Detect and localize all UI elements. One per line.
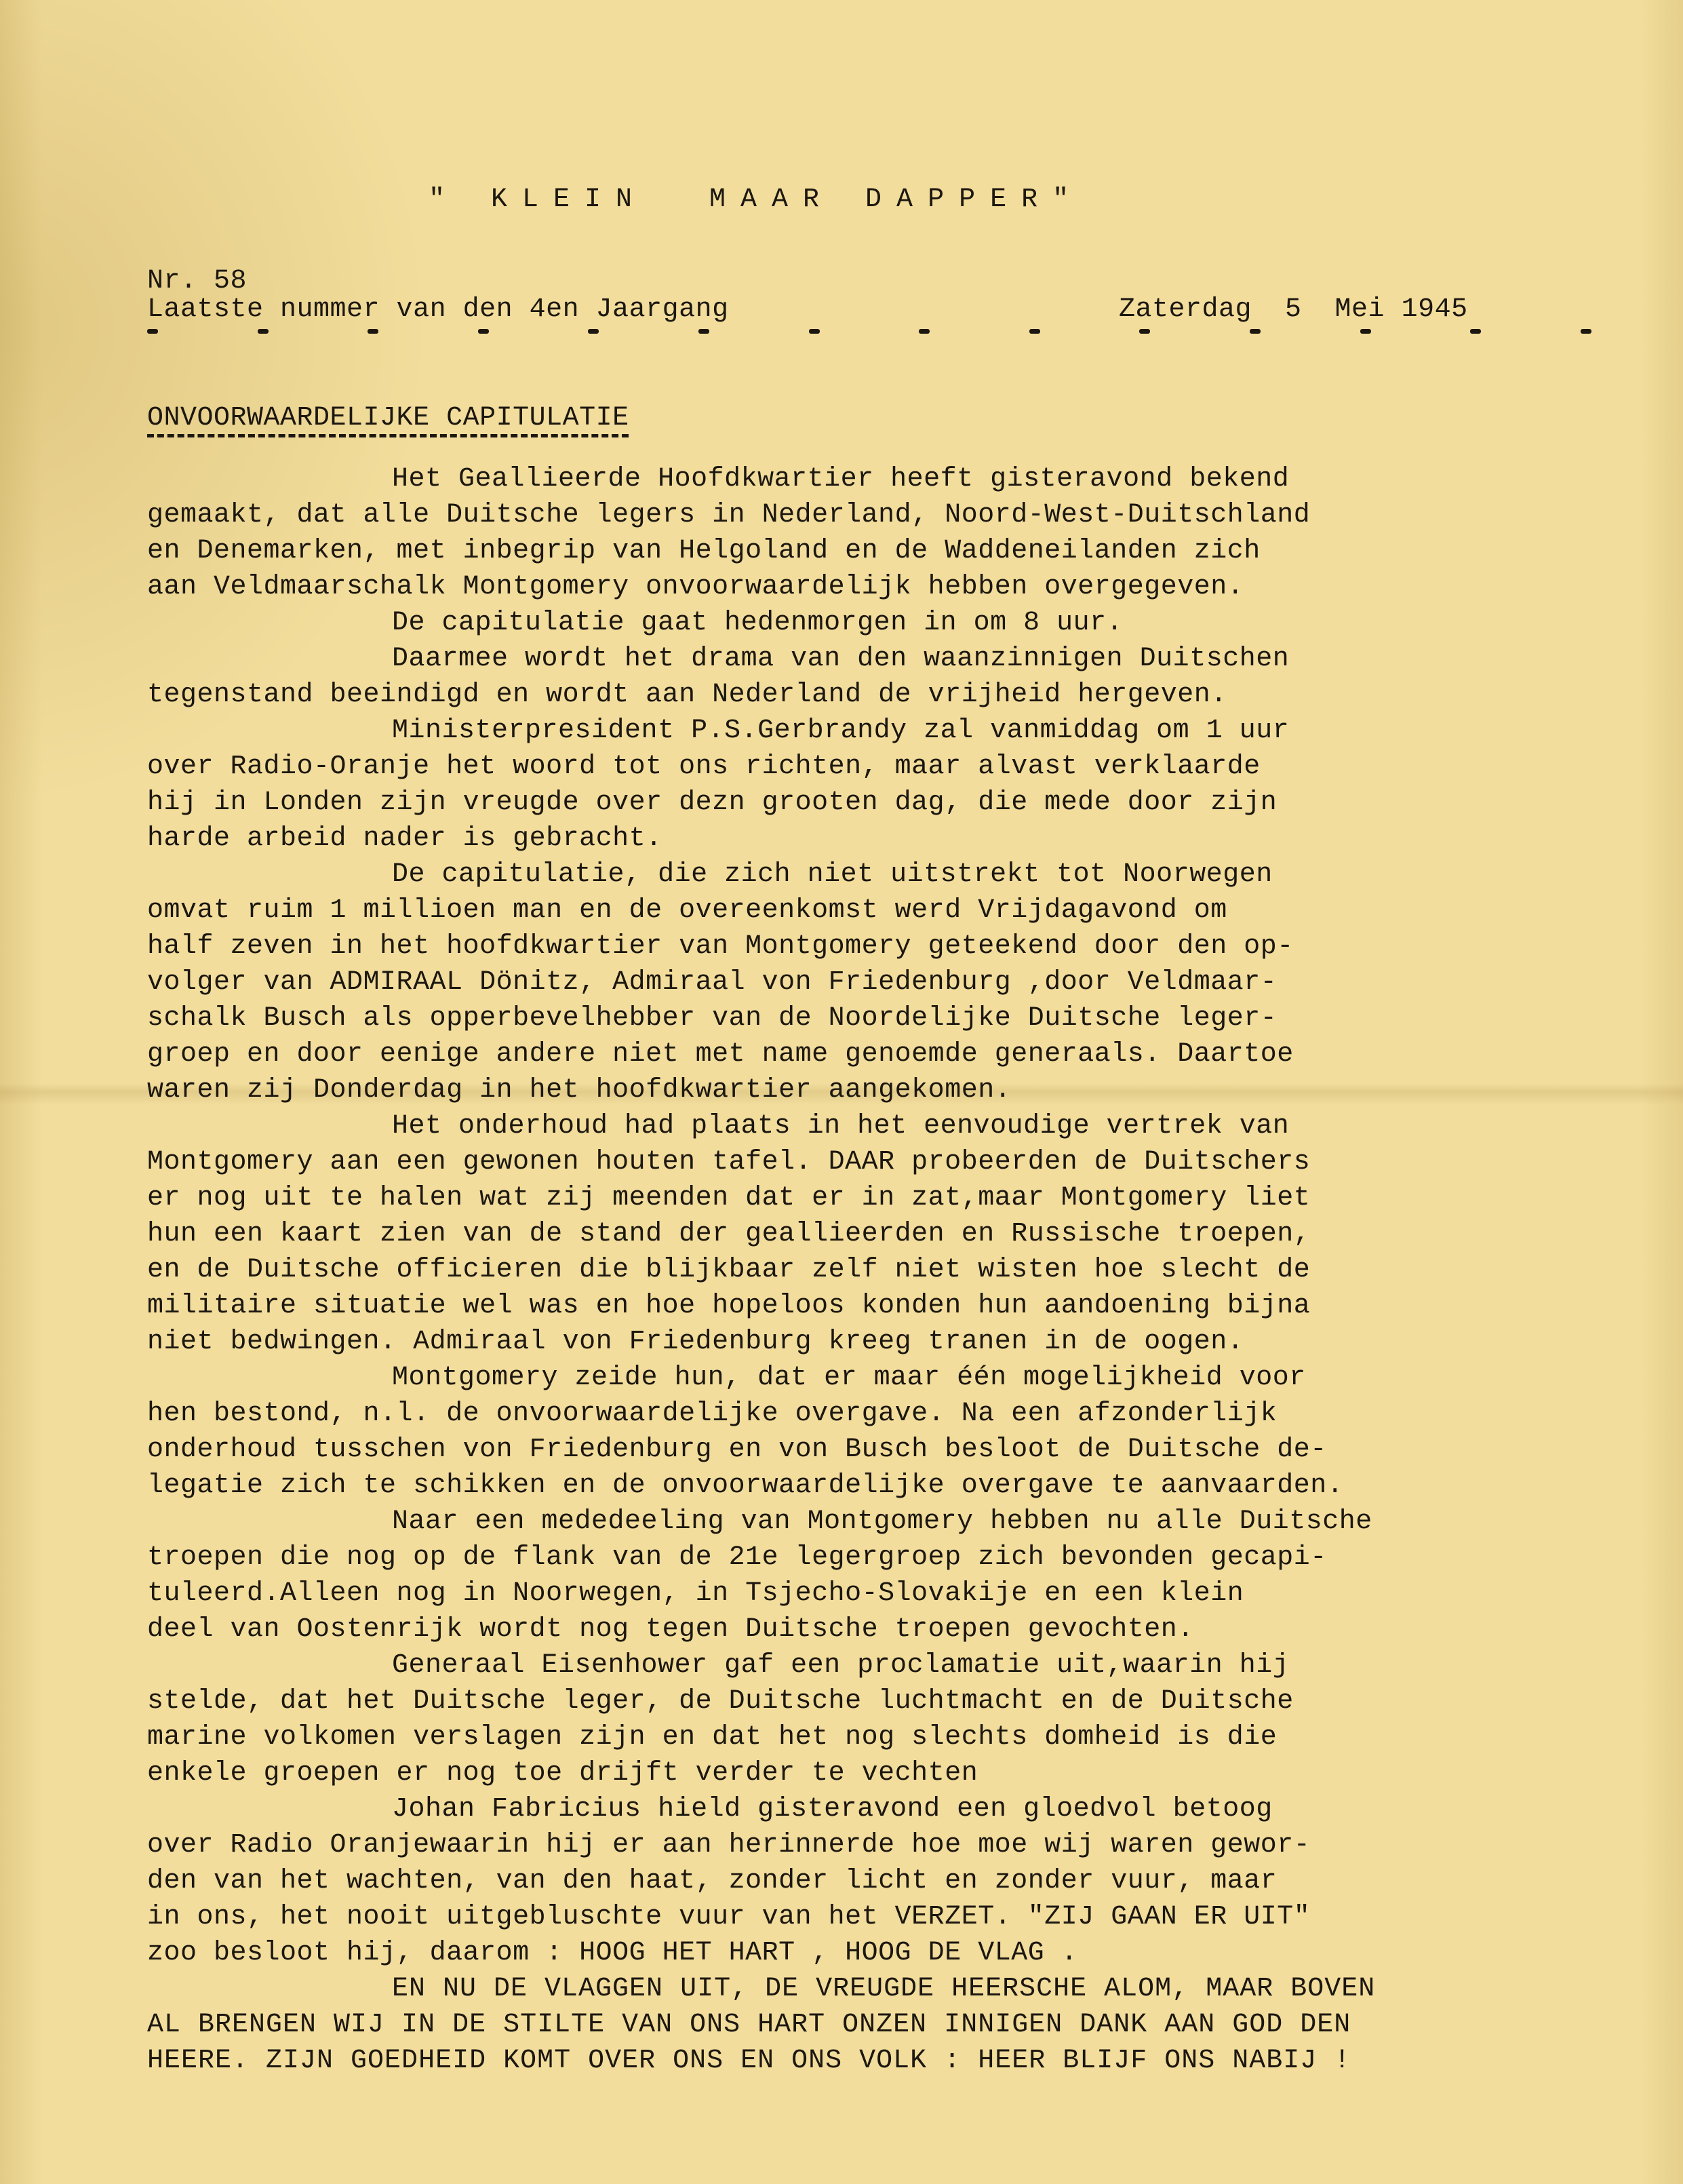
text-line: marine volkomen verslagen zijn en dat he… (147, 1719, 1605, 1755)
text-line: tuleerd.Alleen nog in Noorwegen, in Tsje… (147, 1576, 1605, 1612)
volume-note: Laatste nummer van den 4en Jaargang (147, 292, 729, 328)
separator-dash (258, 329, 269, 334)
separator-dash (919, 329, 930, 334)
paragraph-start-line: De capitulatie, die zich niet uitstrekt … (147, 857, 1605, 893)
separator-dash (588, 329, 599, 334)
text-line: militaire situatie wel was en hoe hopelo… (147, 1288, 1605, 1324)
text-line: zoo besloot hij, daarom : HOOG HET HART … (147, 1935, 1605, 1971)
separator-dash (1581, 329, 1591, 334)
separator-dash (1029, 329, 1040, 334)
text-line: niet bedwingen. Admiraal von Friedenburg… (147, 1324, 1605, 1360)
text-line: en Denemarken, met inbegrip van Helgolan… (147, 533, 1605, 569)
text-line: gemaakt, dat alle Duitsche legers in Ned… (147, 497, 1605, 533)
closing-line: AL BRENGEN WIJ IN DE STILTE VAN ONS HART… (147, 2007, 1605, 2043)
paragraph-start-line: Daarmee wordt het drama van den waanzinn… (147, 641, 1605, 677)
closing-line: EN NU DE VLAGGEN UIT, DE VREUGDE HEERSCH… (147, 1971, 1605, 2007)
article-body: Het Geallieerde Hoofdkwartier heeft gist… (147, 461, 1605, 2079)
text-line: over Radio Oranjewaarin hij er aan herin… (147, 1827, 1605, 1863)
text-line: half zeven in het hoofdkwartier van Mont… (147, 929, 1605, 964)
paragraph-start-line: Het onderhoud had plaats in het eenvoudi… (147, 1108, 1605, 1144)
text-line: omvat ruim 1 millioen man en de overeenk… (147, 893, 1605, 929)
separator-dash (1470, 329, 1481, 334)
text-line: schalk Busch als opperbevelhebber van de… (147, 1000, 1605, 1036)
issue-date: Zaterdag 5 Mei 1945 (1119, 292, 1468, 328)
text-line: stelde, dat het Duitsche leger, de Duits… (147, 1683, 1605, 1719)
paragraph-start-line: Johan Fabricius hield gisteravond een gl… (147, 1791, 1605, 1827)
paragraph-start-line: Het Geallieerde Hoofdkwartier heeft gist… (147, 461, 1605, 497)
text-line: onderhoud tusschen von Friedenburg en vo… (147, 1432, 1605, 1468)
paragraph-start-line: De capitulatie gaat hedenmorgen in om 8 … (147, 605, 1605, 641)
closing-line: HEERE. ZIJN GOEDHEID KOMT OVER ONS EN ON… (147, 2043, 1605, 2079)
text-line: en de Duitsche officieren die blijkbaar … (147, 1252, 1605, 1288)
separator-dash (147, 329, 158, 334)
text-line: in ons, het nooit uitgebluschte vuur van… (147, 1899, 1605, 1935)
separator-dash (478, 329, 489, 334)
paragraph-start-line: Generaal Eisenhower gaf een proclamatie … (147, 1647, 1605, 1683)
text-line: volger van ADMIRAAL Dönitz, Admiraal von… (147, 964, 1605, 1000)
text-line: tegenstand beeindigd en wordt aan Nederl… (147, 677, 1605, 713)
separator-dash (1360, 329, 1371, 334)
text-line: groep en door eenige andere niet met nam… (147, 1036, 1605, 1072)
text-line: over Radio-Oranje het woord tot ons rich… (147, 749, 1605, 785)
separator-dash (1250, 329, 1261, 334)
text-line: waren zij Donderdag in het hoofdkwartier… (147, 1072, 1605, 1108)
text-line: aan Veldmaarschalk Montgomery onvoorwaar… (147, 569, 1605, 605)
article-heading: ONVOORWAARDELIJKE CAPITULATIE (147, 400, 629, 436)
separator-dash (809, 329, 820, 334)
text-line: harde arbeid nader is gebracht. (147, 821, 1605, 857)
header-separator (147, 329, 1591, 334)
text-line: Montgomery aan een gewonen houten tafel.… (147, 1144, 1605, 1180)
text-line: hun een kaart zien van de stand der geal… (147, 1216, 1605, 1252)
paragraph-start-line: Ministerpresident P.S.Gerbrandy zal vanm… (147, 713, 1605, 749)
text-line: er nog uit te halen wat zij meenden dat … (147, 1180, 1605, 1216)
separator-dash (368, 329, 378, 334)
text-line: hij in Londen zijn vreugde over dezn gro… (147, 785, 1605, 821)
text-line: den van het wachten, van den haat, zonde… (147, 1863, 1605, 1899)
paragraph-start-line: Naar een mededeeling van Montgomery hebb… (147, 1504, 1605, 1540)
text-line: enkele groepen er nog toe drijft verder … (147, 1755, 1605, 1791)
text-line: deel van Oostenrijk wordt nog tegen Duit… (147, 1612, 1605, 1647)
newsletter-title: " KLEIN MAAR DAPPER" (429, 182, 1084, 218)
paragraph-start-line: Montgomery zeide hun, dat er maar één mo… (147, 1360, 1605, 1396)
typewritten-newsletter-page: " KLEIN MAAR DAPPER" Nr. 58 Laatste numm… (0, 0, 1683, 2184)
text-line: legatie zich te schikken en de onvoorwaa… (147, 1468, 1605, 1504)
separator-dash (1139, 329, 1150, 334)
text-line: troepen die nog op de flank van de 21e l… (147, 1540, 1605, 1576)
separator-dash (698, 329, 709, 334)
text-line: hen bestond, n.l. de onvoorwaardelijke o… (147, 1396, 1605, 1432)
